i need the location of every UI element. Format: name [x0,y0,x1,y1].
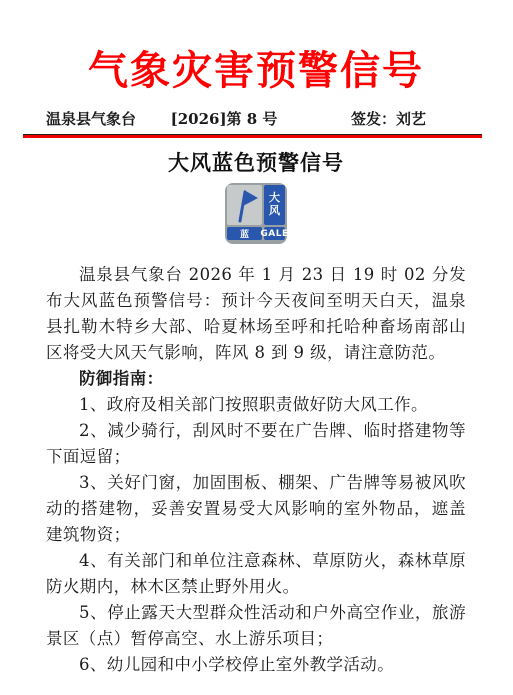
guideline-item-3: 3、关好门窗，加固围板、棚架、广告牌等易被风吹动的搭建物，妥善安置易受大风影响的… [46,470,466,548]
gale-blue-warning-icon: 大 风 蓝 GALE [225,183,287,244]
issuer-row: 温泉县气象台 [2026]第 8 号 签发：刘艺 [46,110,466,128]
issuer-name: 温泉县气象台 [46,110,183,128]
guideline-item-1: 1、政府及相关部门按照职责做好防大风工作。 [46,392,466,418]
signer-label: 签发：刘艺 [289,110,466,128]
document-body: 温泉县气象台 2026 年 1 月 23 日 19 时 02 分发布大风蓝色预警… [46,262,466,678]
sign-english-badge: GALE [264,227,285,240]
document-title: 气象灾害预警信号 [46,48,466,94]
sign-type-label: 大 风 [264,185,285,225]
announcement-paragraph: 温泉县气象台 2026 年 1 月 23 日 19 时 02 分发布大风蓝色预警… [46,262,466,366]
warning-sign-container: 大 风 蓝 GALE [46,183,466,244]
wind-flag-icon [227,185,262,225]
sign-type-char-2: 风 [269,205,280,218]
guide-heading: 防御指南： [46,366,466,392]
document-number: [2026]第 8 号 [171,110,278,128]
header-red-rule [23,134,482,138]
warning-subtitle: 大风蓝色预警信号 [46,147,466,177]
guideline-item-6: 6、幼儿园和中小学校停止室外教学活动。 [46,652,466,678]
guideline-item-4: 4、有关部门和单位注意森林、草原防火，森林草原防火期内，林木区禁止野外用火。 [46,548,466,600]
guideline-item-5: 5、停止露天大型群众性活动和户外高空作业，旅游景区（点）暂停高空、水上游乐项目； [46,600,466,652]
guideline-item-2: 2、减少骑行，刮风时不要在广告牌、临时搭建物等下面逗留； [46,418,466,470]
warning-document-page: 气象灾害预警信号 温泉县气象台 [2026]第 8 号 签发：刘艺 大风蓝色预警… [0,0,513,695]
sign-level-badge: 蓝 [227,227,262,240]
